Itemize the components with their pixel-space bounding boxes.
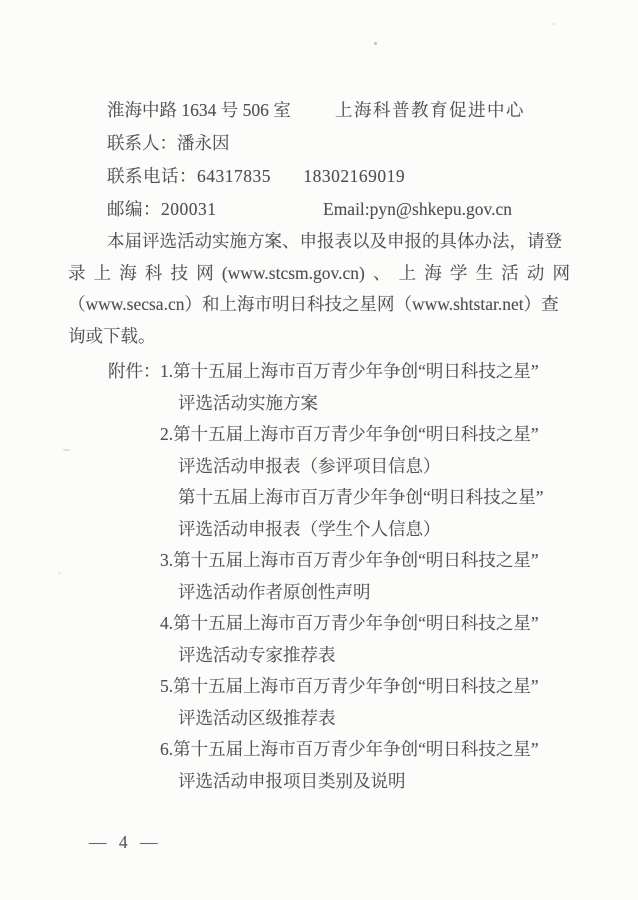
scan-speck xyxy=(58,572,61,574)
attachment-number: 5. xyxy=(160,676,173,696)
attachment-subtitle: 评选活动申报项目类别及说明 xyxy=(178,771,406,791)
postcode-text: 邮编：200031 xyxy=(107,199,217,219)
mobile-number-text: 18302169019 xyxy=(303,166,405,186)
postcode-line: 邮编：200031 Email:pyn@shkepu.gov.cn xyxy=(107,193,638,226)
scan-speck xyxy=(374,42,377,45)
scan-speck xyxy=(63,449,70,451)
address-text: 淮海中路 1634 号 506 室 xyxy=(107,100,291,120)
paragraph-line: 本届评选活动实施方案、申报表以及申报的具体办法，请登 xyxy=(68,226,570,258)
attachment-subtitle: 评选活动实施方案 xyxy=(178,393,318,413)
attachment-subtitle: 评选活动申报表（学生个人信息） xyxy=(178,519,441,539)
attachment-title: 第十五届上海市百万青少年争创“明日科技之星” xyxy=(178,487,544,507)
attachment-item-line: 5.第十五届上海市百万青少年争创“明日科技之星” xyxy=(108,671,638,703)
attachment-item-line: 6.第十五届上海市百万青少年争创“明日科技之星” xyxy=(108,734,638,766)
contact-person-text: 联系人：潘永因 xyxy=(107,133,230,153)
attachment-item-line: 2.第十五届上海市百万青少年争创“明日科技之星” xyxy=(108,419,638,451)
attachment-subtitle-line: 评选活动申报表（参评项目信息） xyxy=(108,451,638,483)
attachment-subtitle-line: 评选活动实施方案 xyxy=(108,388,638,420)
attachment-title: 第十五届上海市百万青少年争创“明日科技之星” xyxy=(173,613,539,633)
contact-person-line: 联系人：潘永因 xyxy=(107,127,638,160)
paragraph-line: （www.secsa.cn）和上海市明日科技之星网（www.shtstar.ne… xyxy=(68,289,570,321)
attachment-subtitle: 评选活动作者原创性声明 xyxy=(178,582,371,602)
address-line: 淮海中路 1634 号 506 室 上海科普教育促进中心 xyxy=(107,94,638,127)
phone-line: 联系电话：64317835 18302169019 xyxy=(107,160,638,193)
attachment-number: 1. xyxy=(160,361,173,381)
attachment-title: 第十五届上海市百万青少年争创“明日科技之星” xyxy=(173,676,539,696)
attachment-number: 2. xyxy=(160,424,173,444)
attachment-title-line: 第十五届上海市百万青少年争创“明日科技之星” xyxy=(108,482,638,514)
attachment-subtitle: 评选活动区级推荐表 xyxy=(178,708,336,728)
attachments-label: 附件： xyxy=(108,356,160,388)
attachment-number: 4. xyxy=(160,613,173,633)
attachment-number: 3. xyxy=(160,550,173,570)
attachment-subtitle-line: 评选活动申报表（学生个人信息） xyxy=(108,514,638,546)
attachment-subtitle: 评选活动专家推荐表 xyxy=(178,645,336,665)
phone-number-text: 联系电话：64317835 xyxy=(107,166,271,186)
attachment-title: 第十五届上海市百万青少年争创“明日科技之星” xyxy=(173,361,539,381)
page-number: — 4 — xyxy=(89,832,162,852)
attachment-title: 第十五届上海市百万青少年争创“明日科技之星” xyxy=(173,550,539,570)
attachment-subtitle-line: 评选活动专家推荐表 xyxy=(108,640,638,672)
paragraph-line: 询或下载。 xyxy=(68,321,570,353)
attachment-subtitle-line: 评选活动区级推荐表 xyxy=(108,703,638,735)
scanned-document-page: 淮海中路 1634 号 506 室 上海科普教育促进中心 联系人：潘永因 联系电… xyxy=(0,0,638,900)
contact-block: 淮海中路 1634 号 506 室 上海科普教育促进中心 联系人：潘永因 联系电… xyxy=(107,0,638,226)
attachment-item-line: 附件：1.第十五届上海市百万青少年争创“明日科技之星” xyxy=(108,356,638,388)
attachment-subtitle: 评选活动申报表（参评项目信息） xyxy=(178,456,441,476)
paragraph-line: 录上海科技网(www.stcsm.gov.cn)、上海学生活动网 xyxy=(68,258,570,290)
organization-name: 上海科普教育促进中心 xyxy=(335,94,525,127)
attachment-item-line: 3.第十五届上海市百万青少年争创“明日科技之星” xyxy=(108,545,638,577)
attachment-title: 第十五届上海市百万青少年争创“明日科技之星” xyxy=(173,739,539,759)
attachment-title: 第十五届上海市百万青少年争创“明日科技之星” xyxy=(173,424,539,444)
email-text: Email:pyn@shkepu.gov.cn xyxy=(323,193,512,226)
body-paragraph: 本届评选活动实施方案、申报表以及申报的具体办法，请登 录上海科技网(www.st… xyxy=(68,226,638,352)
attachment-item-line: 4.第十五届上海市百万青少年争创“明日科技之星” xyxy=(108,608,638,640)
attachment-number: 6. xyxy=(160,739,173,759)
scan-speck xyxy=(553,23,555,25)
attachment-subtitle-line: 评选活动申报项目类别及说明 xyxy=(108,766,638,798)
attachment-subtitle-line: 评选活动作者原创性声明 xyxy=(108,577,638,609)
attachments-list: 附件：1.第十五届上海市百万青少年争创“明日科技之星” 评选活动实施方案 2.第… xyxy=(108,356,638,797)
